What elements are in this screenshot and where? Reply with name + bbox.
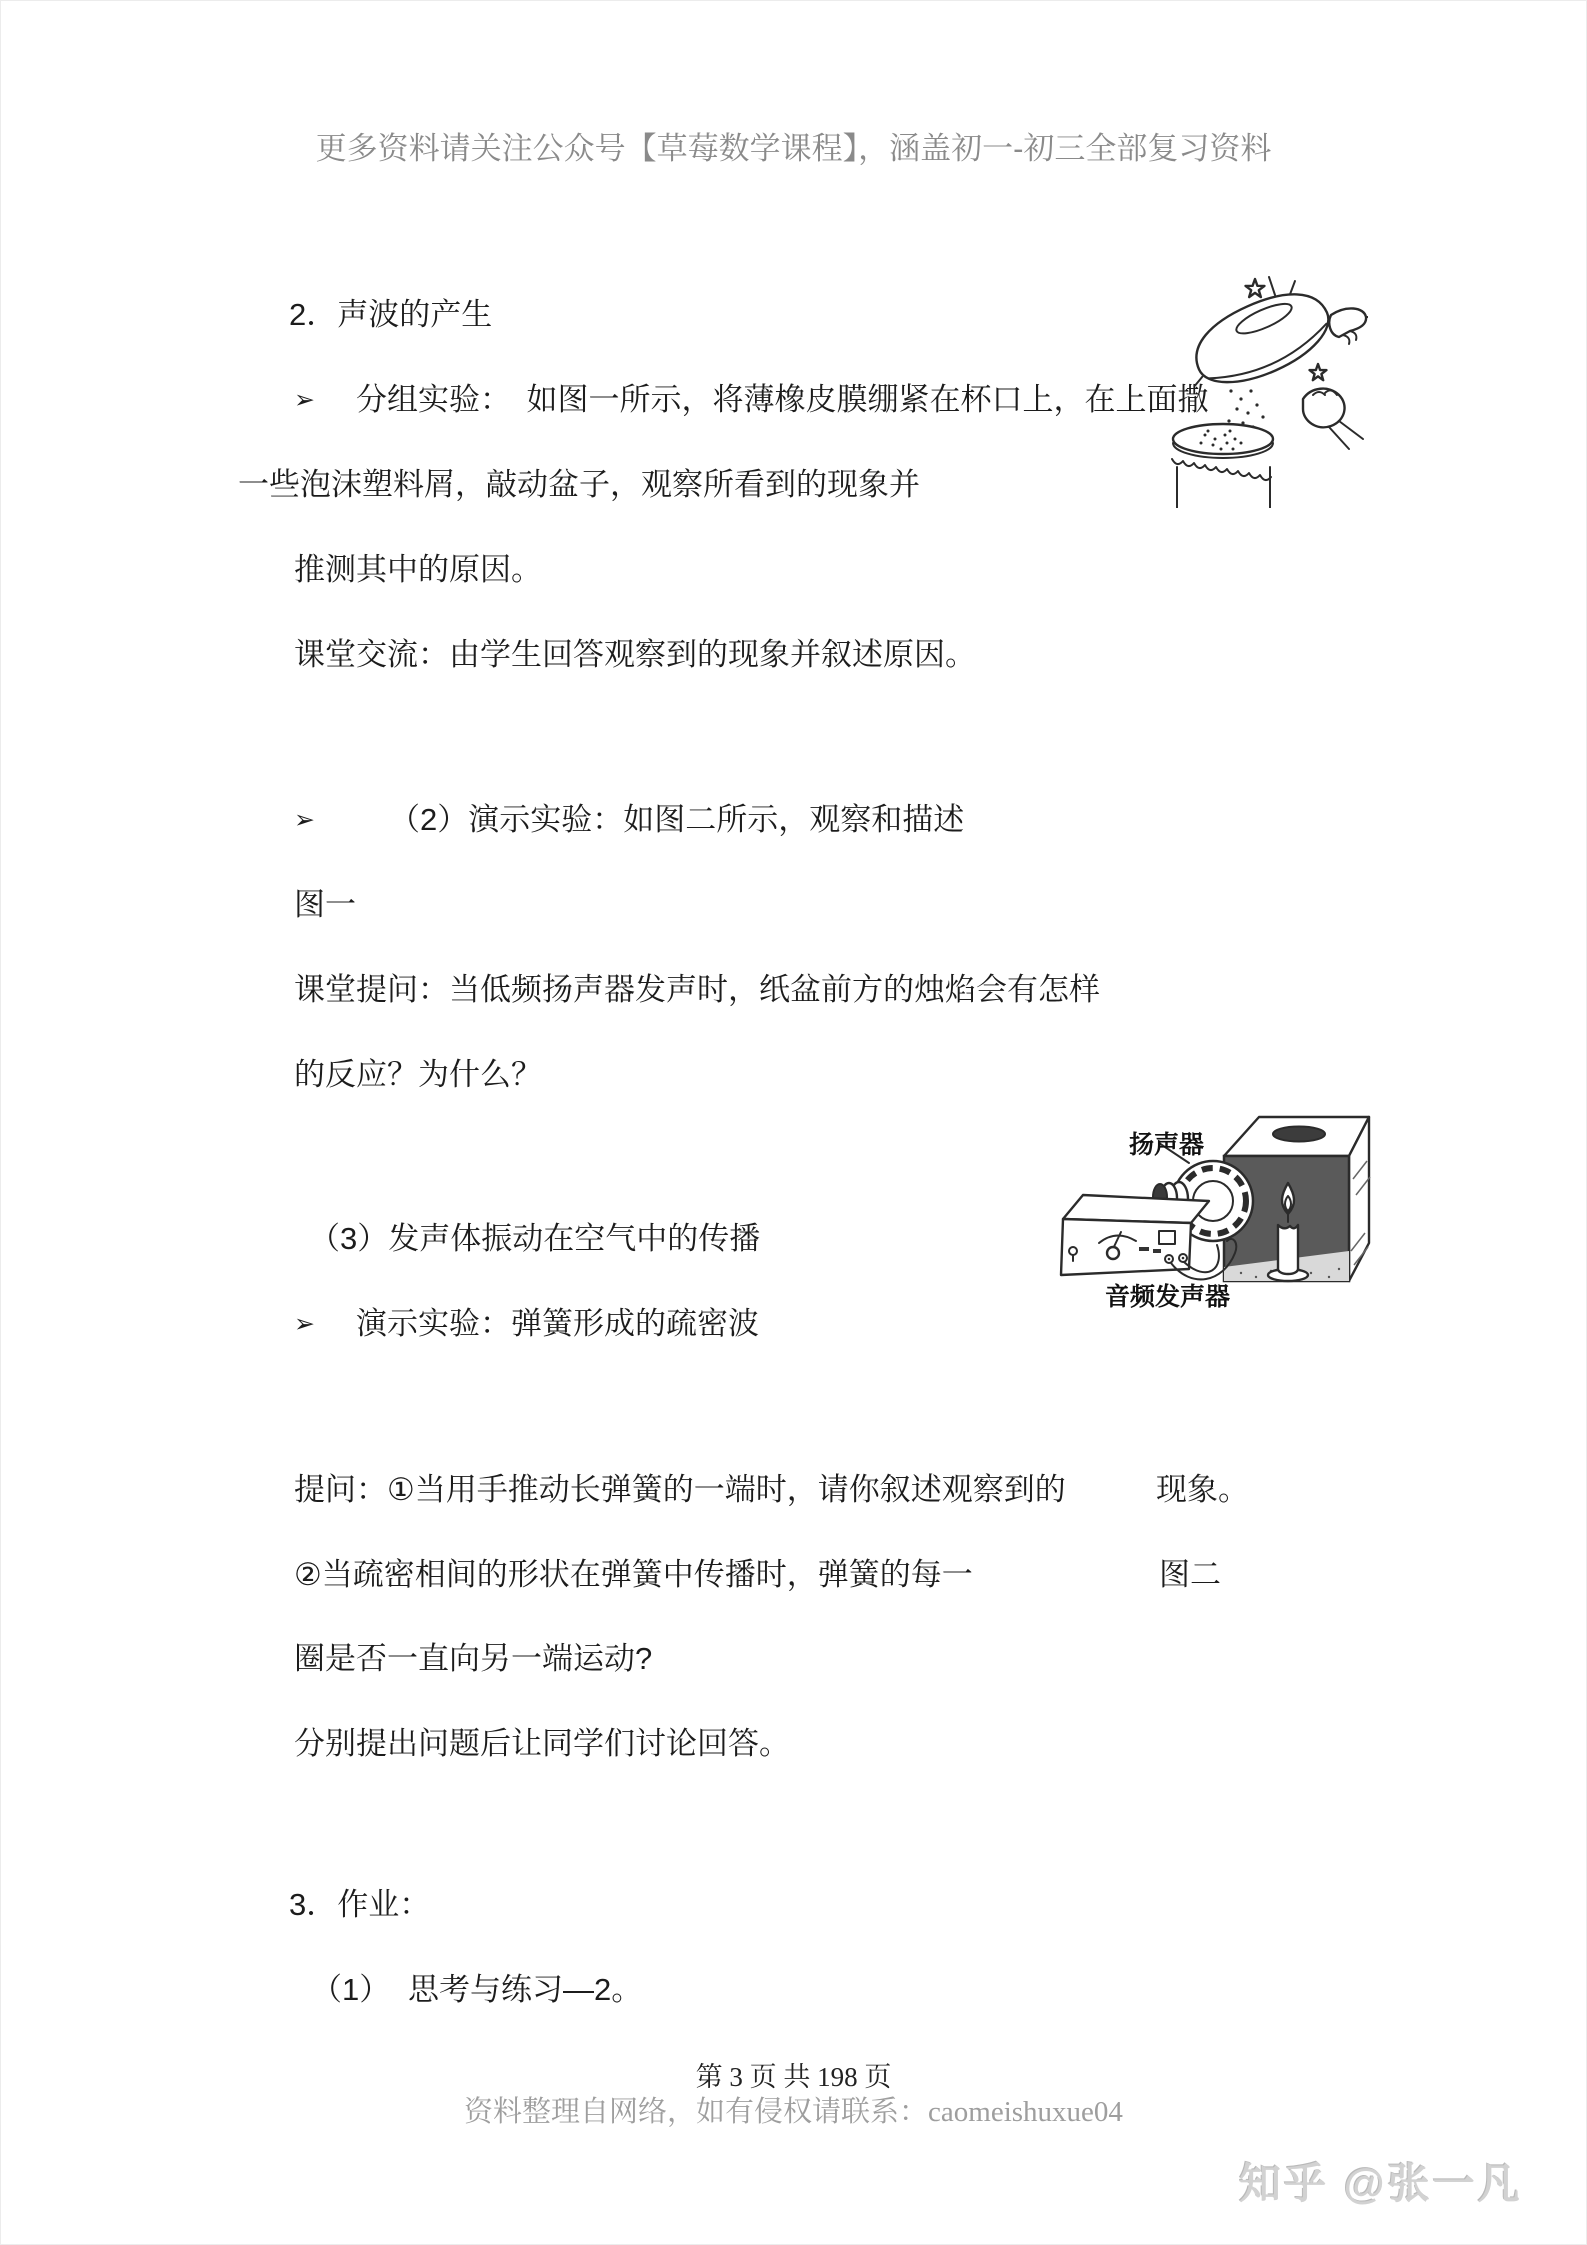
bullet-line-text: （2）演示实验：如图二所示，观察和描述 <box>389 802 964 837</box>
sparkle-star-icon <box>1246 279 1265 297</box>
zhihu-watermark: 知乎 @张一凡 <box>1239 2151 1523 2211</box>
body-line-discussion: 分别提出问题后让同学们讨论回答。 <box>294 1724 790 1764</box>
speaker-label: 扬声器 <box>1129 1125 1204 1161</box>
body-line-question-1: 提问：①当用手推动长弹簧的一端时，请你叙述观察到的 现象。 <box>294 1470 1294 1510</box>
falling-specks <box>1227 389 1264 428</box>
audio-generator <box>1061 1195 1209 1275</box>
arrow-bullet-icon: ➢ <box>294 800 389 840</box>
homework-item-text: 思考与练习—2。 <box>408 1972 642 2007</box>
sparkle-star-icon <box>1310 364 1327 380</box>
body-line-class-question: 课堂提问：当低频扬声器发声时，纸盆前方的烛焰会有怎样 <box>294 970 1100 1010</box>
question-text: 提问：①当用手推动长弹簧的一端时，请你叙述观察到的 <box>294 1472 1066 1507</box>
body-line-infer-reason: 推测其中的原因。 <box>294 550 542 590</box>
header-note: 更多资料请关注公众号【草莓数学课程】，涵盖初一-初三全部复习资料 <box>1 123 1586 168</box>
body-line-coil-motion: 圈是否一直向另一端运动? <box>294 1639 652 1679</box>
bullet-line-group-experiment: ➢分组实验： 如图一所示，将薄橡皮膜绷紧在杯口上，在上面撒 <box>294 380 1209 420</box>
document-page: 更多资料请关注公众号【草莓数学课程】，涵盖初一-初三全部复习资料 2．声波的产生… <box>0 0 1587 2245</box>
cup-with-membrane <box>1172 424 1273 508</box>
bullet-line-demo-experiment: ➢（2）演示实验：如图二所示，观察和描述 <box>294 800 964 840</box>
heading-homework: 3．作业： <box>289 1885 430 1925</box>
caption-figure-two: 图二 <box>1159 1555 1221 1595</box>
body-line-reaction-why: 的反应？为什么？ <box>294 1055 542 1095</box>
bullet-line-spring-wave: ➢演示实验：弹簧形成的疏密波 <box>294 1304 759 1344</box>
arrow-bullet-icon: ➢ <box>294 1304 356 1344</box>
audio-generator-label: 音频发声器 <box>1105 1277 1230 1313</box>
heading-vibration-propagation: （3）发声体振动在空气中的传播 <box>309 1219 760 1259</box>
arrow-bullet-icon: ➢ <box>294 380 356 420</box>
body-line-class-exchange: 课堂交流：由学生回答观察到的现象并叙述原因。 <box>294 635 976 675</box>
caption-figure-one: 图一 <box>294 885 356 925</box>
inverted-basin <box>1174 278 1340 403</box>
copyright-note: 资料整理自网络，如有侵权请联系：caomeishuxue04 <box>1 2089 1586 2130</box>
homework-item-number: （1） <box>311 1970 408 2010</box>
question-text: ②当疏密相间的形状在弹簧中传播时，弹簧的每一 <box>294 1557 973 1592</box>
hand-upper <box>1329 308 1368 344</box>
bullet-line-text: 演示实验：弹簧形成的疏密波 <box>356 1306 759 1341</box>
hand-lower <box>1303 389 1363 449</box>
figure-one-bowl-experiment-illustration <box>1153 263 1368 508</box>
heading-sound-wave-generation: 2．声波的产生 <box>289 295 492 335</box>
bullet-line-text: 分组实验： 如图一所示，将薄橡皮膜绷紧在杯口上，在上面撒 <box>356 382 1209 417</box>
question-tail-text: 现象。 <box>1156 1470 1249 1510</box>
body-line-question-2: ②当疏密相间的形状在弹簧中传播时，弹簧的每一 图二 <box>294 1555 1294 1595</box>
body-line-foam-scraps: 一些泡沫塑料屑，敲动盆子，观察所看到的现象并 <box>238 465 920 505</box>
body-line-homework-item: （1）思考与练习—2。 <box>311 1970 642 2010</box>
